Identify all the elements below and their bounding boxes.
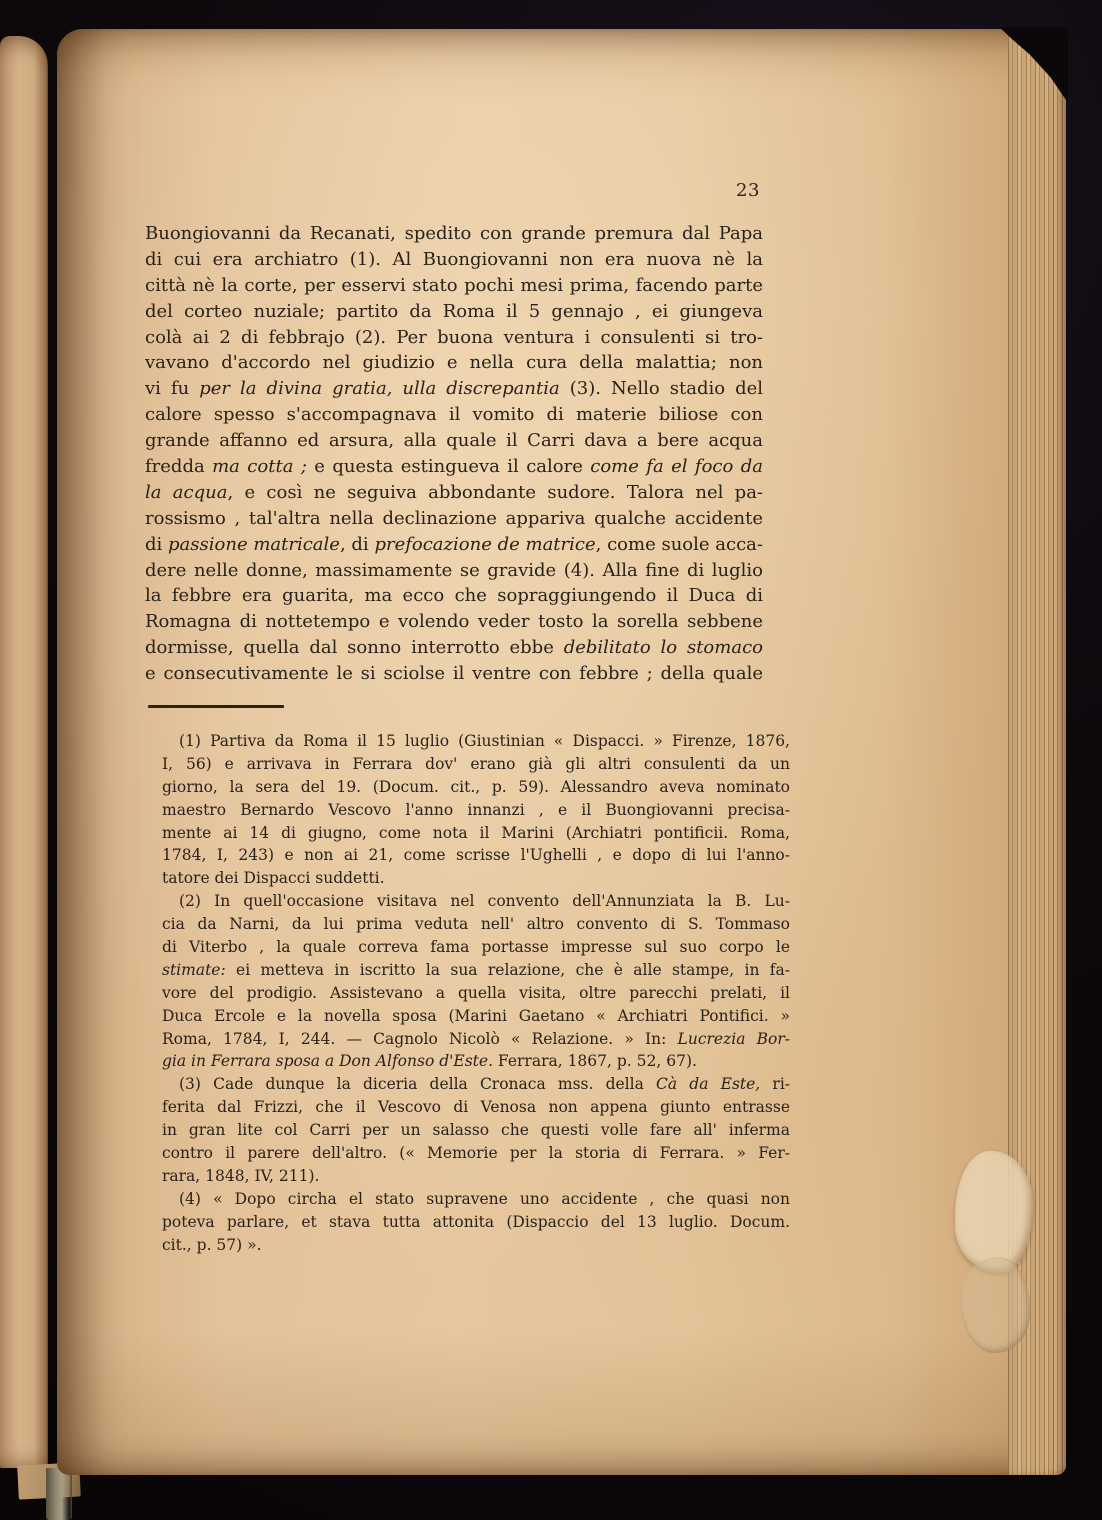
text-line: cia da Narni, da lui prima veduta nell' …: [162, 913, 790, 936]
text-line: tatore dei Dispacci suddetti.: [162, 867, 790, 890]
text-line: Roma, 1784, I, 244. — Cagnolo Nicolò « R…: [162, 1028, 790, 1051]
text-line: fredda ma cotta ; e questa estingueva il…: [145, 454, 763, 480]
text-line: cit., p. 57) ».: [162, 1234, 790, 1257]
text-line: grande affanno ed arsura, alla quale il …: [145, 428, 763, 454]
text-line: di cui era archiatro (1). Al Buongiovann…: [145, 247, 763, 273]
text-line: (4) « Dopo circha el stato supravene uno…: [162, 1188, 790, 1211]
text-line: la febbre era guarita, ma ecco che sopra…: [145, 583, 763, 609]
footnote: (1) Partiva da Roma il 15 luglio (Giusti…: [162, 730, 790, 890]
text-line: colà ai 2 di febbrajo (2). Per buona ven…: [145, 325, 763, 351]
text-line: poteva parlare, et stava tutta attonita …: [162, 1211, 790, 1234]
text-line: città nè la corte, per esservi stato poc…: [145, 273, 763, 299]
text-line: Buongiovanni da Recanati, spedito con gr…: [145, 221, 763, 247]
text-line: dere nelle donne, massimamente se gravid…: [145, 558, 763, 584]
text-line: vore del prodigio. Assistevano a quella …: [162, 982, 790, 1005]
footnote-separator: [148, 705, 284, 708]
book-page: 23 Buongiovanni da Recanati, spedito con…: [57, 29, 1066, 1475]
page-number: 23: [736, 180, 760, 201]
text-line: giorno, la sera del 19. (Docum. cit., p.…: [162, 776, 790, 799]
text-line: di Viterbo , la quale correva fama porta…: [162, 936, 790, 959]
text-line: vi fu per la divina gratia, ulla discrep…: [145, 376, 763, 402]
text-line: e consecutivamente le si sciolse il vent…: [145, 661, 763, 687]
bookmark-ribbon: [46, 1468, 72, 1520]
body-text: Buongiovanni da Recanati, spedito con gr…: [145, 221, 763, 687]
text-line: 1784, I, 243) e non ai 21, come scrisse …: [162, 844, 790, 867]
text-line: dormisse, quella dal sonno interrotto eb…: [145, 635, 763, 661]
text-line: calore spesso s'accompagnava il vomito d…: [145, 402, 763, 428]
text-line: I, 56) e arrivava in Ferrara dov' erano …: [162, 753, 790, 776]
text-line: vavano d'accordo nel giudizio e nella cu…: [145, 350, 763, 376]
footnote: (2) In quell'occasione visitava nel conv…: [162, 890, 790, 1073]
text-line: (1) Partiva da Roma il 15 luglio (Giusti…: [162, 730, 790, 753]
torn-patch: [955, 1151, 1033, 1273]
text-line: del corteo nuziale; partito da Roma il 5…: [145, 299, 763, 325]
left-page: [0, 36, 48, 1468]
text-line: mente ai 14 di giugno, come nota il Mari…: [162, 822, 790, 845]
text-line: rossismo , tal'altra nella declinazione …: [145, 506, 763, 532]
text-line: (3) Cade dunque la diceria della Cronaca…: [162, 1073, 790, 1096]
text-line: (2) In quell'occasione visitava nel conv…: [162, 890, 790, 913]
footnotes: (1) Partiva da Roma il 15 luglio (Giusti…: [162, 730, 790, 1256]
text-line: rara, 1848, IV, 211).: [162, 1165, 790, 1188]
text-line: stimate: ei metteva in iscritto la sua r…: [162, 959, 790, 982]
text-line: Romagna di nottetempo e volendo veder to…: [145, 609, 763, 635]
text-line: maestro Bernardo Vescovo l'anno innanzi …: [162, 799, 790, 822]
torn-patch: [960, 1257, 1030, 1353]
text-line: in gran lite col Carri per un salasso ch…: [162, 1119, 790, 1142]
text-line: la acqua, e così ne seguiva abbondante s…: [145, 480, 763, 506]
text-line: di passione matricale, di prefocazione d…: [145, 532, 763, 558]
text-line: gia in Ferrara sposa a Don Alfonso d'Est…: [162, 1050, 790, 1073]
text-line: contro il parere dell'altro. (« Memorie …: [162, 1142, 790, 1165]
book-scan-scene: 23 Buongiovanni da Recanati, spedito con…: [0, 0, 1102, 1520]
text-line: Duca Ercole e la novella sposa (Marini G…: [162, 1005, 790, 1028]
text-line: ferita dal Frizzi, che il Vescovo di Ven…: [162, 1096, 790, 1119]
footnote: (4) « Dopo circha el stato supravene uno…: [162, 1188, 790, 1257]
footnote: (3) Cade dunque la diceria della Cronaca…: [162, 1073, 790, 1187]
